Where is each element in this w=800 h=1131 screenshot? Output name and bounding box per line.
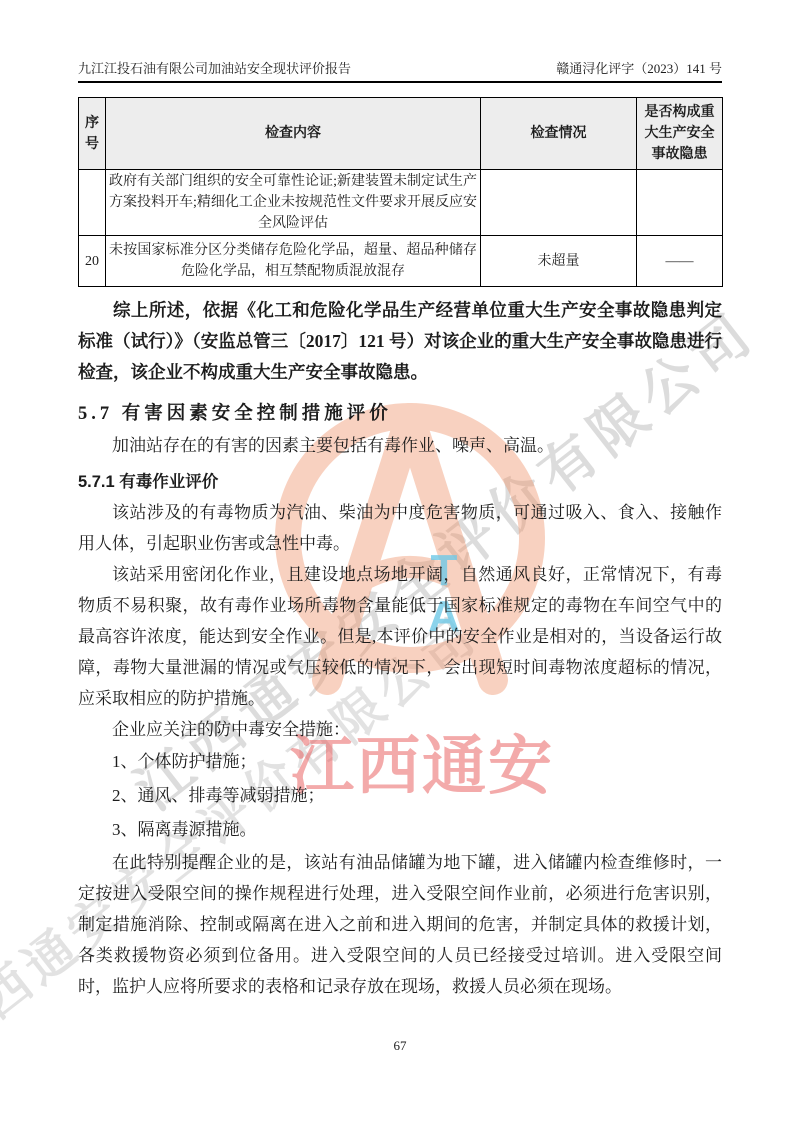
cell-hazard: —— (637, 236, 723, 287)
cell-content: 未按国家标准分区分类储存危险化学品，超量、超品种储存危险化学品，相互禁配物质混放… (106, 236, 481, 287)
measure-item-1: 1、个体防护措施； (78, 745, 722, 779)
cell-seq: 20 (79, 236, 106, 287)
paragraph-toxic-substances: 该站涉及的有毒物质为汽油、柴油为中度危害物质，可通过吸入、食入、接触作用人体，引… (78, 497, 722, 559)
paragraph-toxic-operations: 该站采用密闭化作业，且建设地点场地开阔，自然通风良好，正常情况下，有毒物质不易积… (78, 559, 722, 714)
paragraph-harmful-factors: 加油站存在的有害的因素主要包括有毒作业、噪声、高温。 (78, 430, 722, 461)
col-header-content: 检查内容 (106, 98, 481, 170)
inspection-table: 序号 检查内容 检查情况 是否构成重大生产安全事故隐患 政府有关部门组织的安全可… (78, 97, 723, 287)
cell-content: 政府有关部门组织的安全可靠性论证;新建装置未制定试生产方案投料开车;精细化工企业… (106, 170, 481, 236)
table-header-row: 序号 检查内容 检查情况 是否构成重大生产安全事故隐患 (79, 98, 723, 170)
cell-hazard (637, 170, 723, 236)
section-heading-5-7: 5.7 有害因素安全控制措施评价 (78, 399, 722, 425)
summary-paragraph: 综上所述，依据《化工和危险化学品生产经营单位重大生产安全事故隐患判定标准（试行）… (78, 295, 722, 388)
cell-seq (79, 170, 106, 236)
section-heading-5-7-1: 5.7.1 有毒作业评价 (78, 468, 722, 492)
col-header-seq: 序号 (79, 98, 106, 170)
page-number: 67 (0, 1038, 800, 1054)
measure-item-2: 2、通风、排毒等减弱措施； (78, 779, 722, 813)
col-header-status: 检查情况 (481, 98, 637, 170)
table-row: 政府有关部门组织的安全可靠性论证;新建装置未制定试生产方案投料开车;精细化工企业… (79, 170, 723, 236)
cell-status (481, 170, 637, 236)
table-row: 20 未按国家标准分区分类储存危险化学品，超量、超品种储存危险化学品，相互禁配物… (79, 236, 723, 287)
col-header-hazard: 是否构成重大生产安全事故隐患 (637, 98, 723, 170)
page-header: 九江江投石油有限公司加油站安全现状评价报告 赣通浔化评字（2023）141 号 (78, 58, 722, 83)
report-title: 九江江投石油有限公司加油站安全现状评价报告 (78, 58, 351, 77)
doc-number: 赣通浔化评字（2023）141 号 (556, 58, 722, 77)
document-page: 江西通安安全评价有限公司 江西通安安全评价有限公司 T A 江西通安 九江江投石… (0, 0, 800, 1131)
paragraph-confined-space-reminder: 在此特别提醒企业的是，该站有油品储罐为地下罐，进入储罐内检查维修时，一定按进入受… (78, 847, 722, 1002)
paragraph-measures-intro: 企业应关注的防中毒安全措施： (78, 714, 722, 745)
measure-item-3: 3、隔离毒源措施。 (78, 813, 722, 847)
page-content: 九江江投石油有限公司加油站安全现状评价报告 赣通浔化评字（2023）141 号 … (0, 0, 800, 1002)
cell-status: 未超量 (481, 236, 637, 287)
